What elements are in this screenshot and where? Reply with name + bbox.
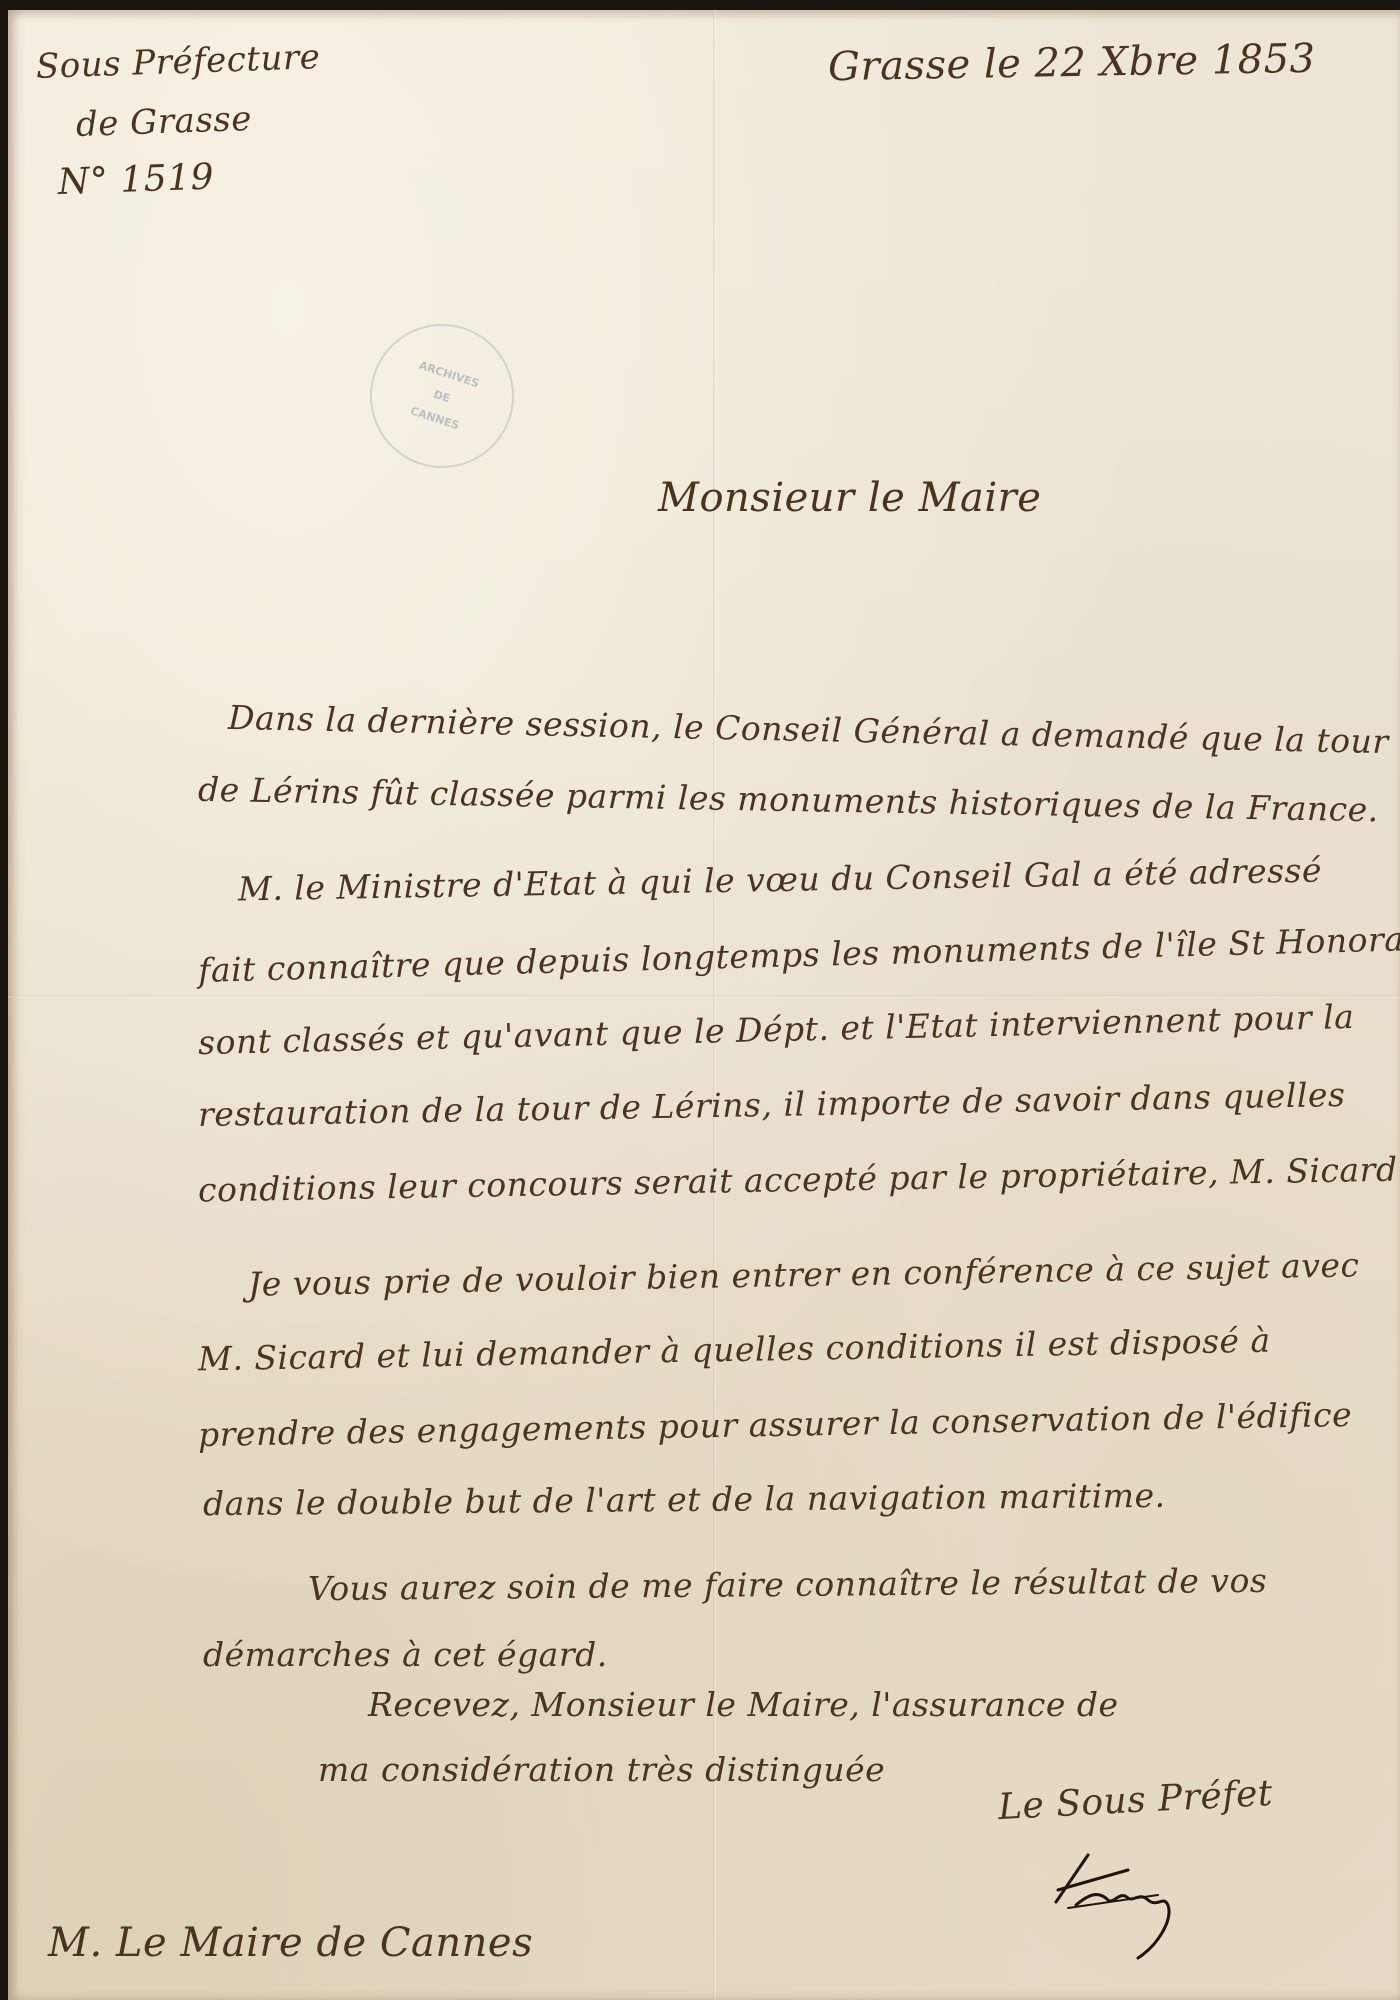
office-line-2: de Grasse <box>75 87 321 153</box>
body-line: M. le Ministre d'Etat à qui le vœu du Co… <box>238 851 1323 909</box>
body-line: de Lérins fût classée parmi les monument… <box>198 770 1379 830</box>
salutation: Monsieur le Maire <box>658 475 1041 521</box>
closing-line-2: ma considération très distinguée <box>318 1750 885 1789</box>
body-line: prendre des engagements pour assurer la … <box>198 1395 1353 1454</box>
stamp-line-2: DE <box>432 387 452 405</box>
letter-page: Sous Préfecture de Grasse N° 1519 Grasse… <box>8 10 1400 2000</box>
body-line: restauration de la tour de Lérins, il im… <box>198 1075 1346 1134</box>
body-line: conditions leur concours serait accepté … <box>198 1149 1400 1209</box>
body-line: dans le double but de l'art et de la nav… <box>203 1476 1166 1523</box>
stamp-line-3: CANNES <box>409 404 461 432</box>
body-line: Dans la dernière session, le Conseil Gén… <box>228 698 1389 761</box>
stamp-line-1: ARCHIVES <box>417 358 480 390</box>
office-line-1: Sous Préfecture <box>35 28 321 96</box>
signatory-title: Le Sous Préfet <box>997 1773 1274 1828</box>
body-line: fait connaître que depuis longtemps les … <box>198 919 1400 990</box>
signature-icon <box>1048 1850 1188 1960</box>
body-line: Je vous prie de vouloir bien entrer en c… <box>248 1245 1360 1303</box>
horizontal-fold-line <box>8 995 1400 998</box>
body-line: sont classés et qu'avant que le Dépt. et… <box>198 997 1355 1062</box>
archive-stamp-icon: ARCHIVES DE CANNES <box>351 305 532 486</box>
office-header: Sous Préfecture de Grasse N° 1519 <box>36 38 320 212</box>
body-line: démarches à cet égard. <box>203 1635 608 1674</box>
body-line: M. Sicard et lui demander à quelles cond… <box>198 1321 1271 1379</box>
addressee: M. Le Maire de Cannes <box>48 1920 533 1966</box>
closing-line-1: Recevez, Monsieur le Maire, l'assurance … <box>368 1685 1119 1724</box>
reference-number: N° 1519 <box>57 145 321 212</box>
dateline: Grasse le 22 Xbre 1853 <box>828 36 1316 91</box>
body-line: Vous aurez soin de me faire connaître le… <box>308 1561 1268 1608</box>
